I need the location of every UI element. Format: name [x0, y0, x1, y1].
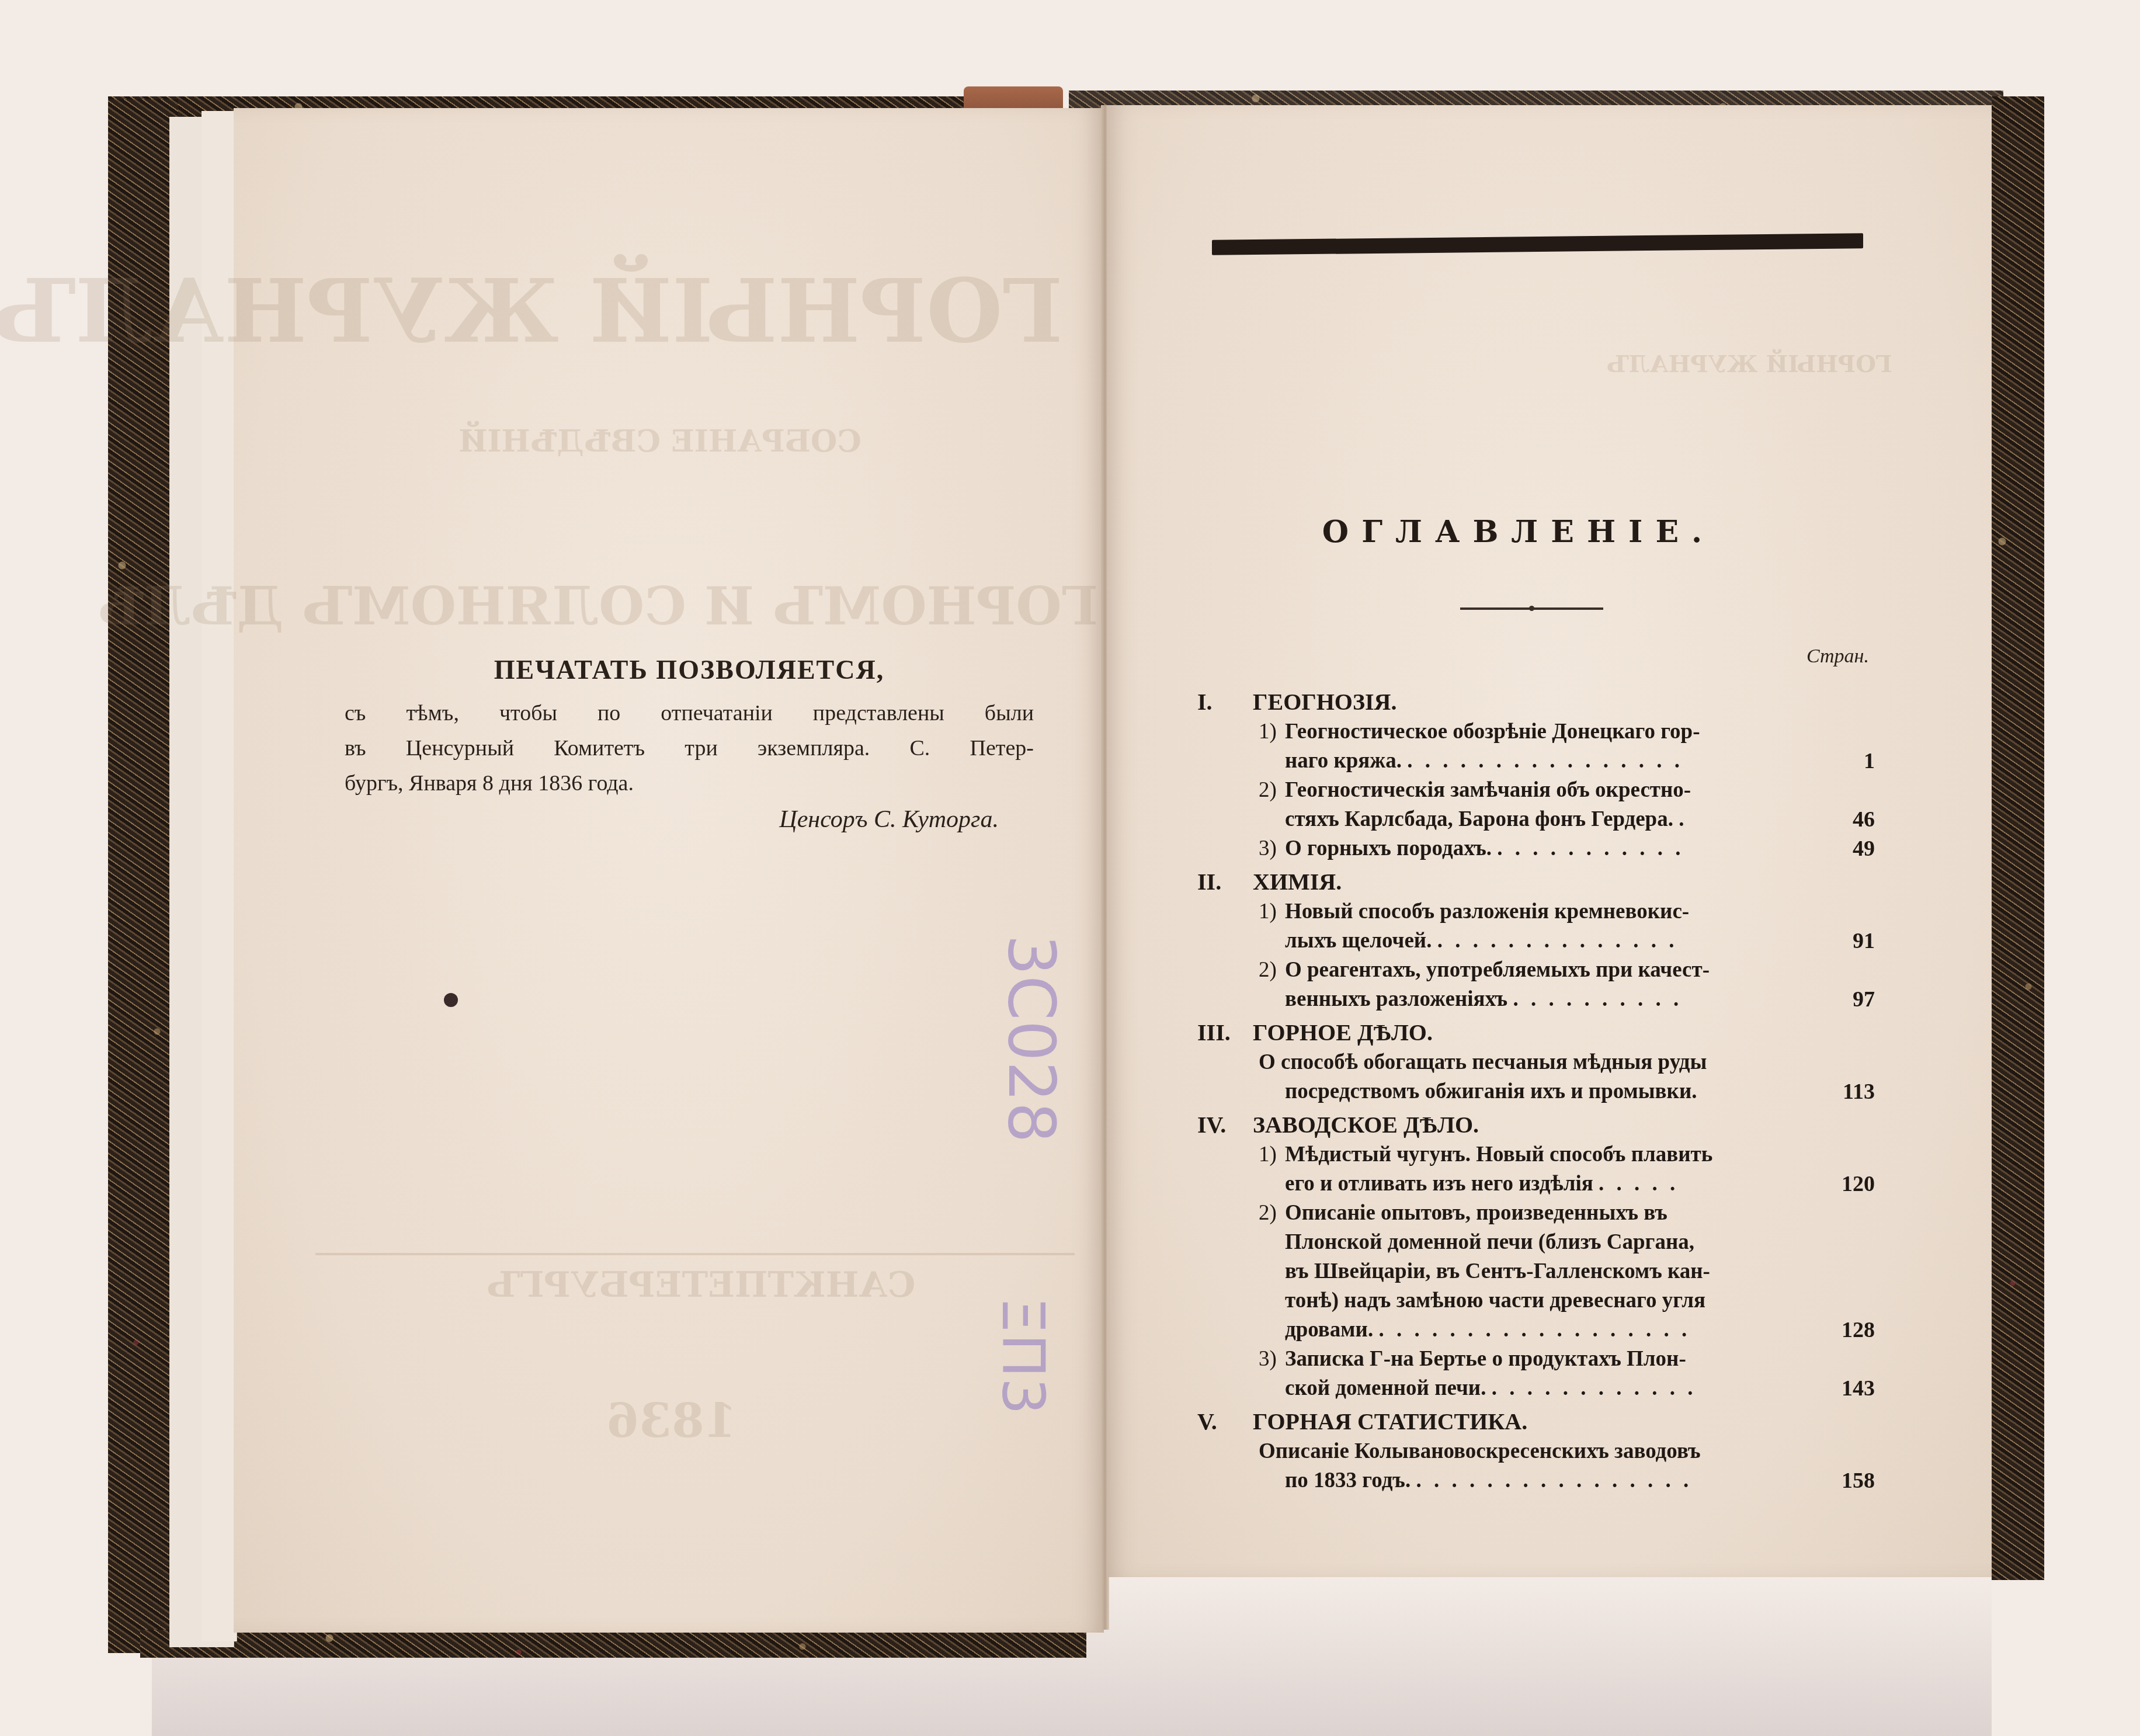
entry-line: венныхъ разложеніяхъ . . . . . . . . . . [1259, 985, 1875, 1014]
imprimatur-title: ПЕЧАТАТЬ ПОЗВОЛЯЕТСЯ, [345, 654, 1034, 685]
imprimatur-line: съ тѣмъ, чтобы по отпечатаніи представле… [345, 696, 1034, 731]
section-title: ЗАВОДСКОЕ ДѢЛО. [1253, 1110, 1479, 1140]
entry-line: О горныхъ породахъ. . . . . . . . . . . … [1259, 834, 1875, 863]
entry-line: Геогностическія замѣчанія объ окрестно- [1259, 776, 1875, 805]
bleed-text: ГОРНЫЙ ЖУРНАЛЪ [1574, 350, 1924, 378]
toc-entry: О способѣ обогащать песчаныя мѣдныя руды… [1197, 1048, 1875, 1106]
entry-line: посредствомъ обжиганія ихъ и промывки. [1259, 1077, 1875, 1106]
entry-line: дровами. . . . . . . . . . . . . . . . .… [1259, 1315, 1875, 1345]
toc-entry: 2) Описаніе опытовъ, произведенныхъ въ П… [1197, 1199, 1875, 1345]
entry-page: 143 [1816, 1374, 1875, 1403]
toc-entry: 1) Новый способъ разложенія кремневокис-… [1197, 897, 1875, 956]
left-page: ГОРНЫЙ ЖУРНАЛЪ СОБРАНІЕ СВѢДѢНІЙ ГОРНОМЪ… [234, 108, 1104, 1633]
entry-number: 1) [1259, 717, 1277, 747]
table-of-contents: I. ГЕОГНОЗІЯ. 1) Геогностическое обозрѣн… [1197, 683, 1875, 1495]
entry-line: ской доменной печи. . . . . . . . . . . … [1259, 1374, 1875, 1403]
imprimatur-line: въ Ценсурный Комитетъ три экземпляра. С.… [345, 731, 1034, 766]
library-stamp-lower: ΞΠ3 [989, 1297, 1057, 1415]
marbled-board-bottom [140, 1630, 1086, 1658]
entry-page: 1 [1816, 747, 1875, 776]
entry-page: 113 [1816, 1077, 1875, 1106]
section-title: ГОРНОЕ ДѢЛО. [1253, 1018, 1433, 1048]
entry-line: Плонской доменной печи (близъ Саргана, [1259, 1228, 1875, 1257]
toc-section: IV. ЗАВОДСКОЕ ДѢЛО. [1197, 1110, 1875, 1140]
entry-line: Мѣдистый чугунъ. Новый способъ плавить [1259, 1140, 1875, 1169]
toc-section: II. ХИМІЯ. [1197, 867, 1875, 897]
entry-page: 46 [1816, 805, 1875, 834]
entry-page: 97 [1816, 985, 1875, 1014]
bleed-city: САНКТПЕТЕРБУРГЪ [467, 1265, 934, 1306]
section-title: ГЕОГНОЗІЯ. [1253, 687, 1396, 717]
entry-number: 2) [1259, 776, 1277, 805]
ornament-rule [1460, 607, 1603, 610]
toc-entry: 2) О реагентахъ, употребляемыхъ при каче… [1197, 956, 1875, 1014]
toc-entry: Описаніе Колывановоскресенскихъ заводовъ… [1197, 1437, 1875, 1495]
entry-line: по 1833 годъ. . . . . . . . . . . . . . … [1259, 1466, 1875, 1495]
censor-signature: Ценсоръ С. Куторга. [345, 805, 999, 834]
entry-page: 120 [1816, 1169, 1875, 1199]
section-numeral: V. [1197, 1407, 1253, 1437]
entry-line: наго кряжа. . . . . . . . . . . . . . . … [1259, 747, 1875, 776]
entry-number: 2) [1259, 956, 1277, 985]
section-numeral: IV. [1197, 1110, 1253, 1140]
entry-line: Геогностическое обозрѣніе Донецкаго гор- [1259, 717, 1875, 747]
imprimatur-line: бургъ, Января 8 дня 1836 года. [345, 766, 1034, 801]
page-column-header: Стран. [1764, 645, 1869, 668]
toc-entry: 3) О горныхъ породахъ. . . . . . . . . .… [1197, 834, 1875, 863]
toc-title: ОГЛАВЛЕНІЕ. [1197, 514, 1840, 550]
marbled-board-right [1992, 96, 2044, 1580]
bleed-rule [315, 1253, 1075, 1255]
entry-page: 128 [1816, 1315, 1875, 1345]
entry-line: О реагентахъ, употребляемыхъ при качест- [1259, 956, 1875, 985]
entry-line: лыхъ щелочей. . . . . . . . . . . . . . … [1259, 926, 1875, 956]
imprimatur-body: съ тѣмъ, чтобы по отпечатаніи представле… [345, 696, 1034, 801]
entry-page: 49 [1816, 834, 1875, 863]
entry-line: Описаніе Колывановоскресенскихъ заводовъ [1259, 1437, 1875, 1466]
bleed-subtitle: СОБРАНІЕ СВѢДѢНІЙ [456, 423, 864, 459]
entry-line: стяхъ Карлсбада, Барона фонъ Гердера. . [1259, 805, 1875, 834]
toc-entry: 3) Записка Г-на Бертье о продуктахъ Плон… [1197, 1345, 1875, 1403]
entry-line: его и отливать изъ него издѣлія . . . . … [1259, 1169, 1875, 1199]
toc-entry: 1) Мѣдистый чугунъ. Новый способъ плавит… [1197, 1140, 1875, 1199]
section-numeral: I. [1197, 687, 1253, 717]
entry-number: 1) [1259, 1140, 1277, 1169]
entry-line: Записка Г-на Бертье о продуктахъ Плон- [1259, 1345, 1875, 1374]
entry-number: 2) [1259, 1199, 1277, 1228]
library-stamp-upper: 3С028 [994, 935, 1069, 1143]
toc-section: III. ГОРНОЕ ДѢЛО. [1197, 1018, 1875, 1048]
section-title: ХИМІЯ. [1253, 867, 1342, 897]
ink-spot [444, 993, 458, 1007]
toc-section: I. ГЕОГНОЗІЯ. [1197, 687, 1875, 717]
entry-number: 1) [1259, 897, 1277, 926]
entry-number: 3) [1259, 834, 1277, 863]
section-numeral: III. [1197, 1018, 1253, 1048]
section-numeral: II. [1197, 867, 1253, 897]
bleed-line: ГОРНОМЪ И СОЛЯНОМЪ ДѢЛѢ [280, 575, 1098, 637]
entry-line: тонѣ) надъ замѣною части древеснаго угля [1259, 1286, 1875, 1315]
toc-entry: 2) Геогностическія замѣчанія объ окрестн… [1197, 776, 1875, 834]
imprimatur-block: ПЕЧАТАТЬ ПОЗВОЛЯЕТСЯ, съ тѣмъ, чтобы по … [345, 654, 1034, 834]
entry-line: Описаніе опытовъ, произведенныхъ въ [1259, 1199, 1875, 1228]
entry-line: въ Швейцаріи, въ Сентъ-Галленскомъ кан- [1259, 1257, 1875, 1286]
bleed-year: 1836 [555, 1393, 788, 1448]
entry-page: 91 [1816, 926, 1875, 956]
toc-section: V. ГОРНАЯ СТАТИСТИКА. [1197, 1407, 1875, 1437]
bleed-title: ГОРНЫЙ ЖУРНАЛЪ [304, 260, 1063, 363]
entry-page: 158 [1816, 1466, 1875, 1495]
entry-number: 3) [1259, 1345, 1277, 1374]
entry-line: Новый способъ разложенія кремневокис- [1259, 897, 1875, 926]
toc-entry: 1) Геогностическое обозрѣніе Донецкаго г… [1197, 717, 1875, 776]
section-title: ГОРНАЯ СТАТИСТИКА. [1253, 1407, 1527, 1437]
entry-line: О способѣ обогащать песчаныя мѣдныя руды [1259, 1048, 1875, 1077]
